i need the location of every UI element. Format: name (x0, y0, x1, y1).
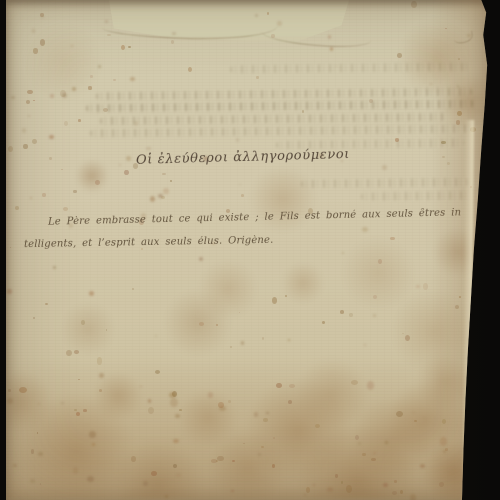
foxing-spot (480, 412, 482, 414)
right-edge-stain-band (6, 0, 500, 500)
manuscript-page: Οἱ ἐλεύθεροι ἀλληγορούμενοι Le Père embr… (6, 0, 500, 500)
photo-backdrop: Οἱ ἐλεύθεροι ἀλληγορούμενοι Le Père embr… (0, 0, 500, 500)
foxing-spot (485, 8, 491, 12)
